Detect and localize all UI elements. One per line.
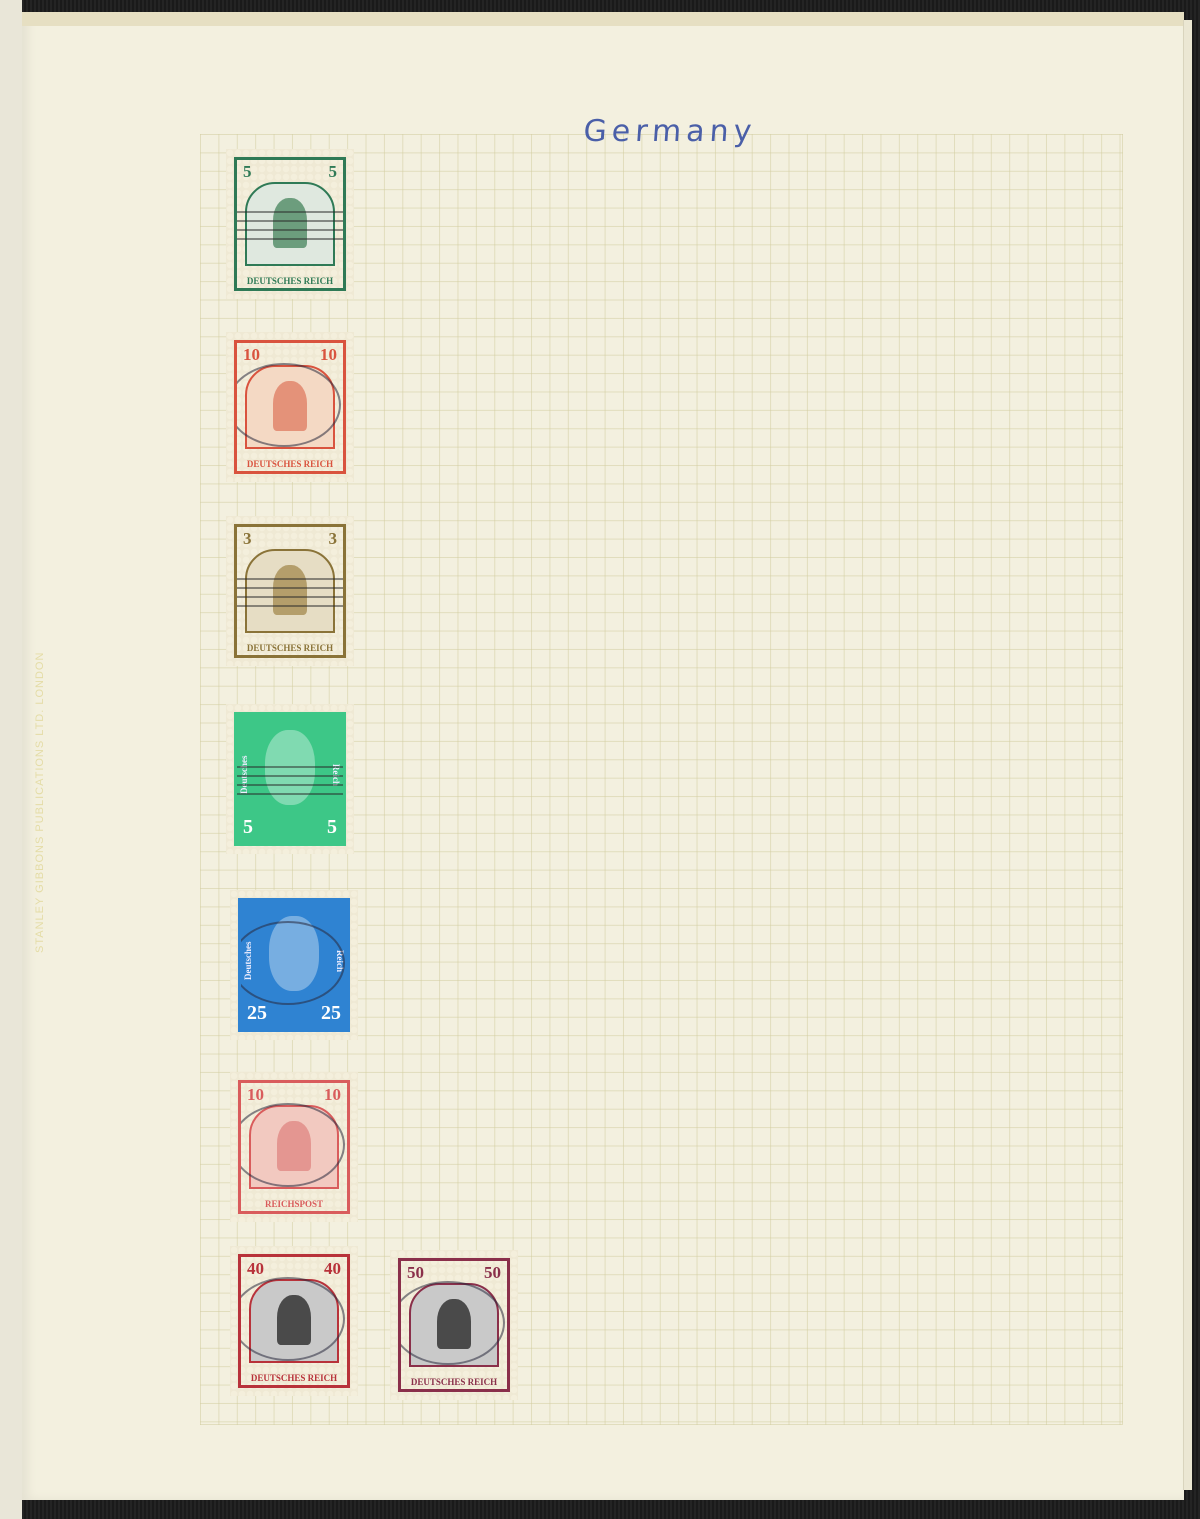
postmark — [238, 921, 345, 1005]
stamp-legend: DEUTSCHES REICH — [237, 459, 343, 469]
page-top-band — [22, 12, 1184, 26]
stamp-legend: DEUTSCHES REICH — [401, 1377, 507, 1387]
stamp-value: 40 — [324, 1259, 341, 1279]
stamp-face: 10 10 REICHSPOST — [238, 1080, 350, 1214]
stamp-face: 5 5 DEUTSCHES REICH — [234, 157, 346, 291]
stamp-5-hindenburg: Deutsches Reich 5 5 — [226, 704, 354, 854]
stamp-face: 10 10 DEUTSCHES REICH — [234, 340, 346, 474]
stamp-legend: DEUTSCHES REICH — [237, 643, 343, 653]
stamp-face: 3 3 DEUTSCHES REICH — [234, 524, 346, 658]
stamp-value: 5 — [243, 816, 253, 839]
page-stack-edge — [1183, 20, 1192, 1490]
stamp-value: 10 — [247, 1085, 264, 1105]
stamp-50-germania: 50 50 DEUTSCHES REICH — [390, 1250, 518, 1400]
cancellation-bars — [237, 578, 343, 608]
stamp-value: 40 — [247, 1259, 264, 1279]
stamp-value: 10 — [324, 1085, 341, 1105]
stamp-value: 3 — [243, 529, 252, 549]
stamp-value: 5 — [327, 816, 337, 839]
stamp-10-germania: 10 10 REICHSPOST — [230, 1072, 358, 1222]
stamp-40-germania: 40 40 DEUTSCHES REICH — [230, 1246, 358, 1396]
facing-page-edge — [0, 0, 22, 1519]
stamp-value: 10 — [243, 345, 260, 365]
stamp-10-germania: 10 10 DEUTSCHES REICH — [226, 332, 354, 482]
stamp-value: 3 — [329, 529, 338, 549]
stamp-5-germania: 5 5 DEUTSCHES REICH — [226, 149, 354, 299]
stamp-face: Deutsches Reich 5 5 — [234, 712, 346, 846]
stamp-face: Deutsches Reich 25 25 — [238, 898, 350, 1032]
stamp-legend: DEUTSCHES REICH — [241, 1373, 347, 1383]
stamp-legend: DEUTSCHES REICH — [237, 276, 343, 286]
album-page: STANLEY GIBBONS PUBLICATIONS LTD. LONDON… — [22, 12, 1184, 1500]
stamp-value: 50 — [407, 1263, 424, 1283]
stamp-value: 5 — [329, 162, 338, 182]
stamp-face: 40 40 DEUTSCHES REICH — [238, 1254, 350, 1388]
page-title: Germany — [549, 114, 791, 149]
cancellation-bars — [237, 211, 343, 241]
stamp-value: 50 — [484, 1263, 501, 1283]
stamp-value: 10 — [320, 345, 337, 365]
stamp-value: 5 — [243, 162, 252, 182]
spine-imprint: STANLEY GIBBONS PUBLICATIONS LTD. LONDON — [34, 572, 54, 1032]
stamp-face: 50 50 DEUTSCHES REICH — [398, 1258, 510, 1392]
cancellation-bars — [237, 766, 343, 796]
stamp-3-germania: 3 3 DEUTSCHES REICH — [226, 516, 354, 666]
stamp-value: 25 — [321, 1002, 341, 1025]
stamp-legend: REICHSPOST — [241, 1199, 347, 1209]
stamp-value: 25 — [247, 1002, 267, 1025]
stamp-25-hindenburg: Deutsches Reich 25 25 — [230, 890, 358, 1040]
